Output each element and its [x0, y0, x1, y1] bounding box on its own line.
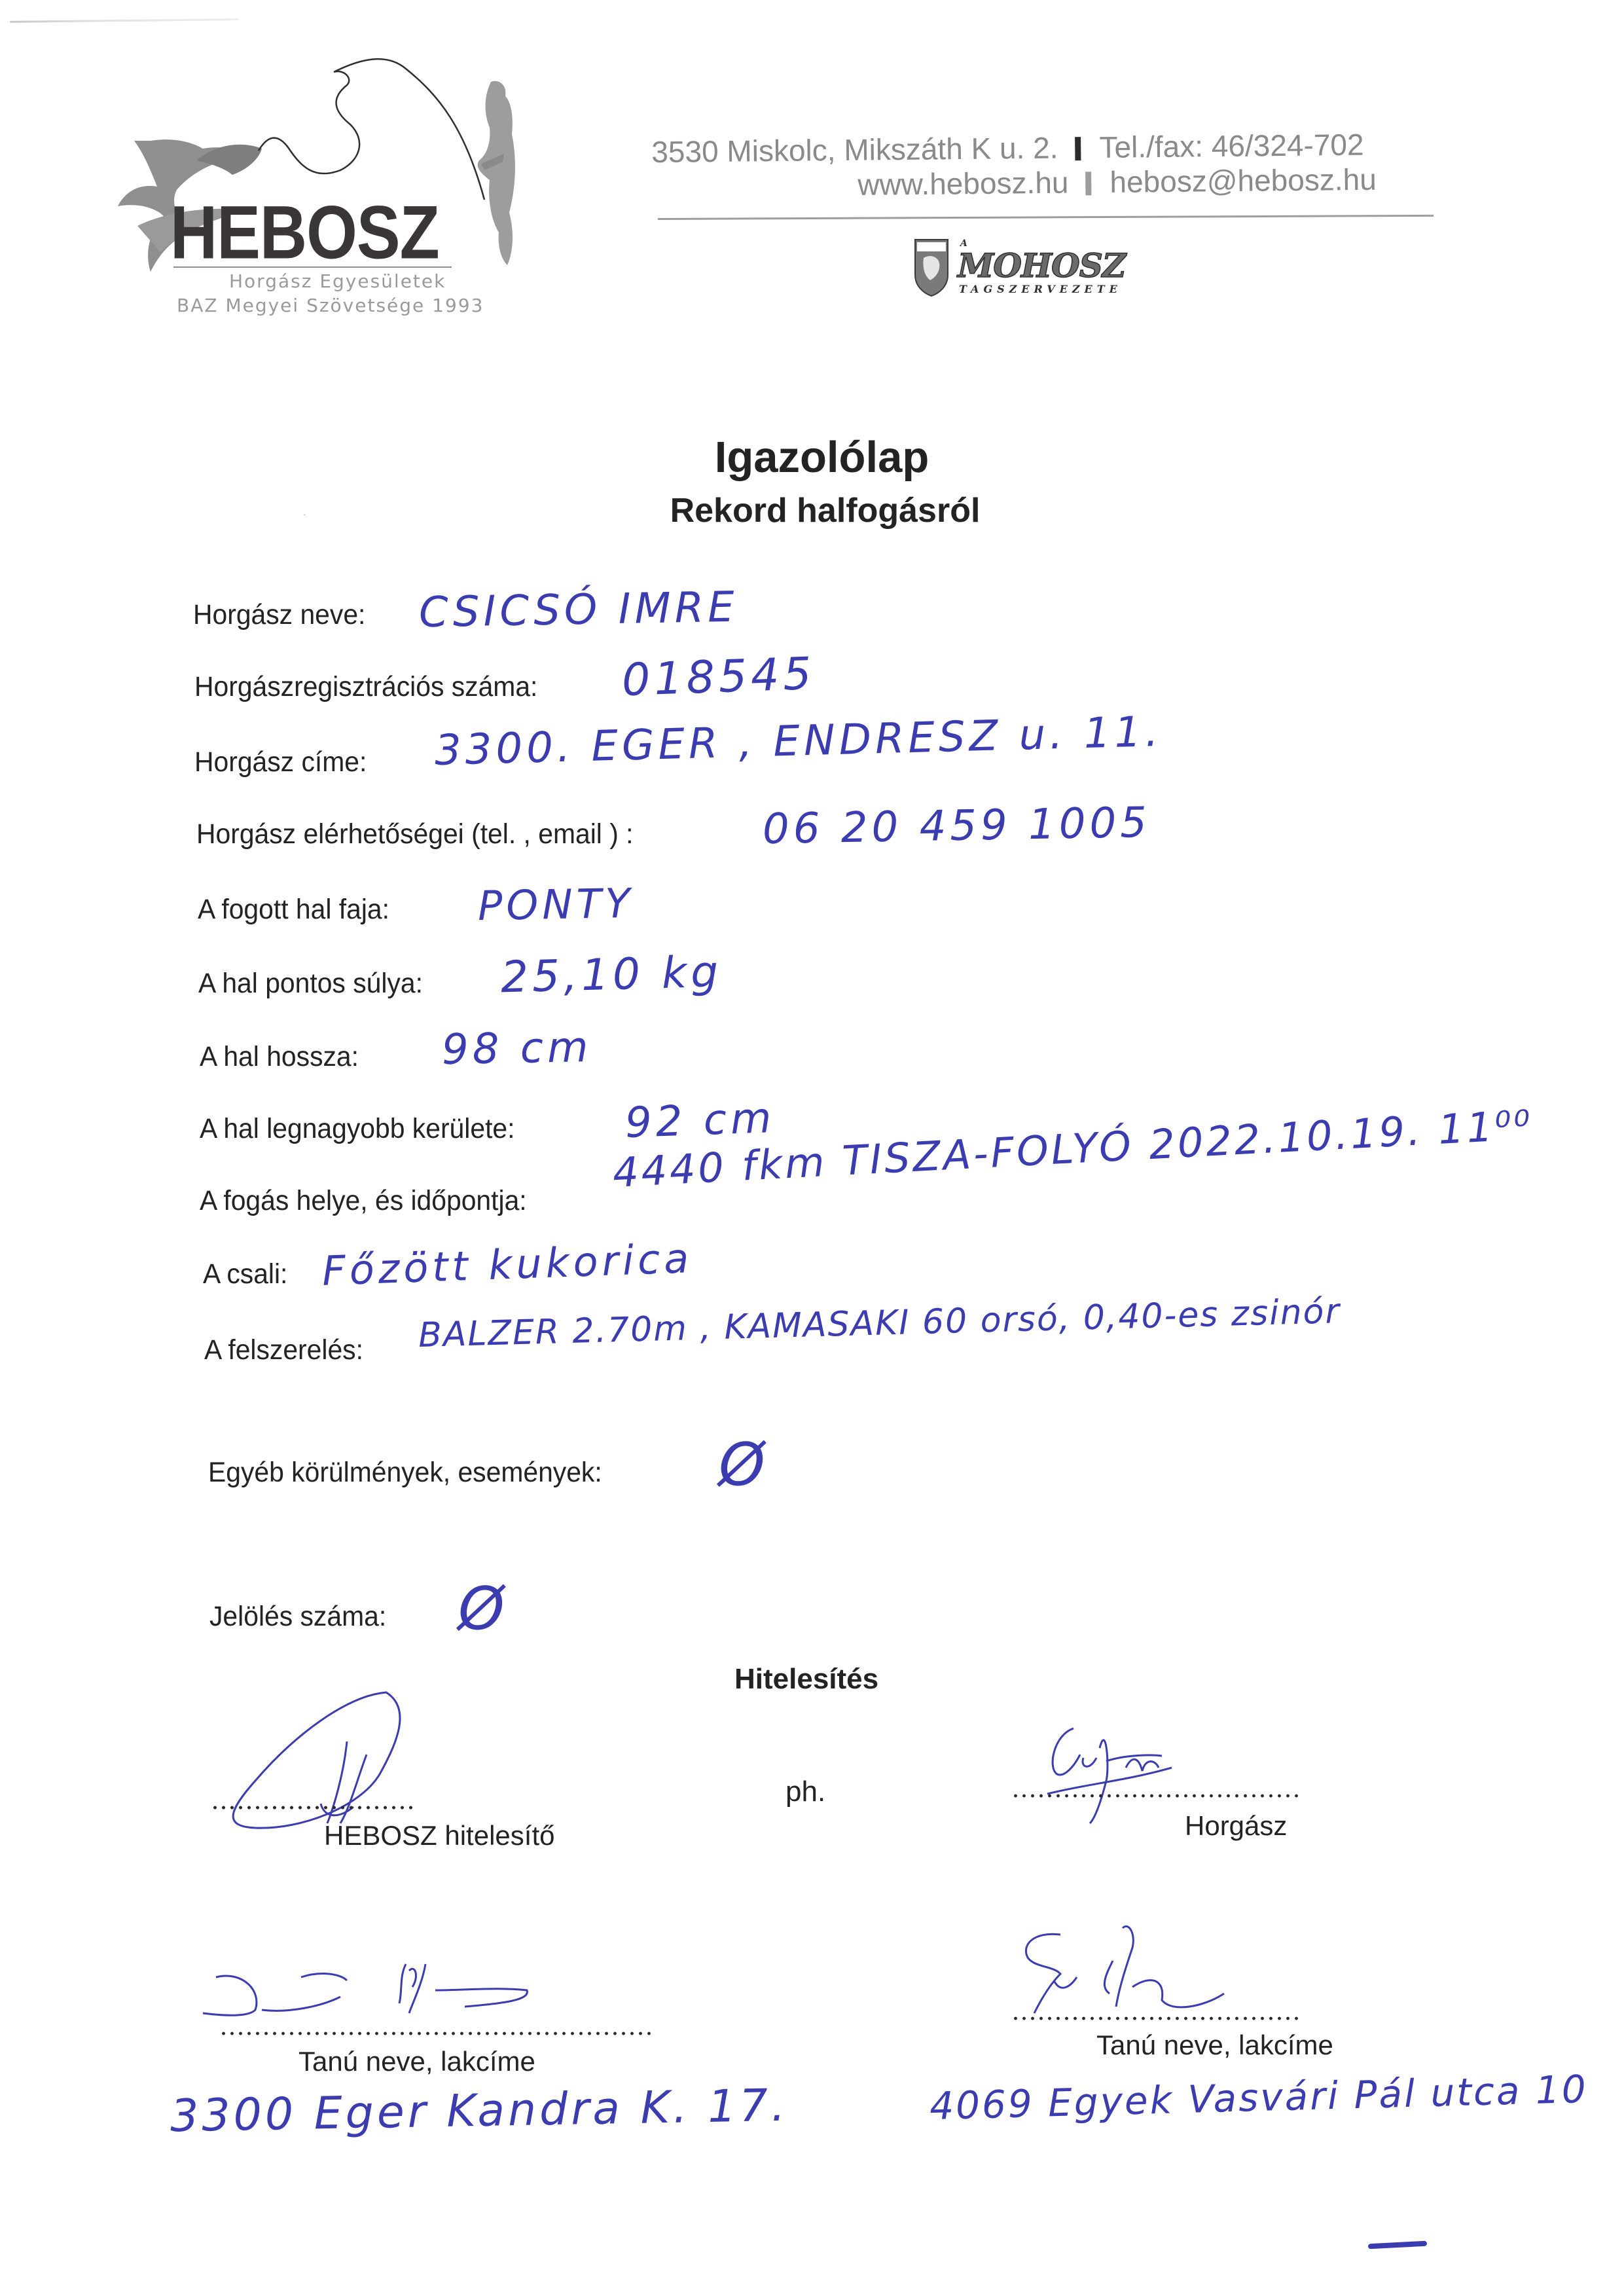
field-value-angler-address[interactable]: 3300. EGER , ENDRESZ u. 11.	[434, 708, 1163, 775]
hebosz-logo: HEBOSZ Horgász Egyesületek BAZ Megyei Sz…	[98, 56, 543, 324]
mohosz-suffix: TAGSZERVEZETE	[959, 283, 1122, 295]
mohosz-badge: A MOHOSZ TAGSZERVEZETE	[913, 237, 1188, 309]
field-value-equipment[interactable]: BALZER 2.70m , KAMASAKI 60 orsó, 0,40-es…	[418, 1292, 1341, 1355]
field-value-fish-weight[interactable]: 25,10 kg	[500, 947, 723, 1003]
witness1-signature-line	[219, 2032, 651, 2035]
field-label-angler-name: Horgász neve:	[193, 599, 365, 631]
field-value-fish-species[interactable]: PONTY	[477, 879, 634, 930]
field-label-fish-weight: A hal pontos súlya:	[198, 968, 423, 1000]
angler-signature-line	[1011, 1794, 1299, 1798]
document-subtitle: Rekord halfogásról	[0, 491, 1624, 530]
field-label-contact-info: Horgász elérhetőségei (tel. , email ) :	[196, 818, 634, 850]
field-label-bait: A csali:	[203, 1258, 287, 1290]
field-value-fish-girth[interactable]: 92 cm	[624, 1094, 776, 1148]
ink-stroke-mark	[1368, 2241, 1427, 2250]
hebosz-certifier-label: HEBOSZ hitelesítő	[324, 1820, 554, 1851]
logo-subtitle-line1: Horgász Egyesületek	[229, 270, 446, 292]
witness2-signature-line	[1011, 2016, 1299, 2020]
header-divider	[658, 215, 1434, 220]
field-value-marking-number[interactable]: Ø	[458, 1575, 505, 1643]
mohosz-name: MOHOSZ	[958, 246, 1125, 285]
website-link[interactable]: www.hebosz.hu	[857, 166, 1069, 202]
field-value-angler-name[interactable]: CSICSÓ IMRE	[418, 583, 738, 637]
witness1-label: Tanú neve, lakcíme	[298, 2046, 535, 2077]
field-label-angler-address: Horgász címe:	[194, 746, 367, 778]
field-label-fish-length: A hal hossza:	[200, 1041, 359, 1073]
contact-line-2: www.hebosz.huhebosz@hebosz.hu	[857, 162, 1377, 202]
field-label-equipment: A felszerelés:	[204, 1334, 363, 1366]
field-label-catch-place-time: A fogás helye, és időpontja:	[200, 1185, 527, 1217]
signature-line	[211, 1806, 414, 1810]
document-title: Igazolólap	[0, 432, 1624, 483]
field-value-fish-length[interactable]: 98 cm	[441, 1023, 592, 1074]
angler-label: Horgász	[1185, 1810, 1287, 1842]
separator-bar	[1075, 137, 1081, 160]
separator-bar	[1085, 172, 1091, 195]
email-link[interactable]: hebosz@hebosz.hu	[1110, 162, 1377, 199]
field-value-bait[interactable]: Főzött kukorica	[321, 1234, 693, 1295]
angler-signature[interactable]	[1028, 1709, 1224, 1827]
witness2-label: Tanú neve, lakcíme	[1096, 2030, 1333, 2061]
field-label-marking-number: Jelölés száma:	[209, 1601, 386, 1633]
logo-wordmark: HEBOSZ	[170, 190, 439, 276]
witness2-address[interactable]: 4069 Egyek Vasvári Pál utca 10	[929, 2067, 1588, 2128]
phone-fax: Tel./fax: 46/324-702	[1099, 128, 1364, 164]
field-label-registration-number: Horgászregisztrációs száma:	[194, 671, 537, 703]
witness1-address[interactable]: 3300 Eger Kandra K. 17.	[170, 2080, 789, 2142]
shield-fish-icon	[913, 237, 950, 297]
field-value-other-circumstances[interactable]: Ø	[719, 1430, 765, 1499]
hebosz-certifier-signature[interactable]	[216, 1683, 478, 1840]
witness1-signature[interactable]	[190, 1951, 661, 2030]
stamp-placeholder-label: ph.	[785, 1776, 825, 1808]
logo-subtitle-line2: BAZ Megyei Szövetsége 1993	[177, 295, 484, 316]
field-value-contact-info[interactable]: 06 20 459 1005	[762, 799, 1151, 854]
authentication-heading: Hitelesítés	[734, 1663, 878, 1696]
logo-divider	[173, 266, 452, 268]
address: 3530 Miskolc, Mikszáth K u. 2.	[651, 130, 1058, 169]
field-value-registration-number[interactable]: 018545	[621, 648, 816, 706]
field-label-fish-species: A fogott hal faja:	[198, 894, 389, 926]
witness2-signature[interactable]	[982, 1915, 1348, 2026]
scan-artifact	[10, 18, 239, 23]
field-label-fish-girth: A hal legnagyobb kerülete:	[200, 1113, 514, 1145]
field-label-other-circumstances: Egyéb körülmények, események:	[208, 1457, 602, 1489]
